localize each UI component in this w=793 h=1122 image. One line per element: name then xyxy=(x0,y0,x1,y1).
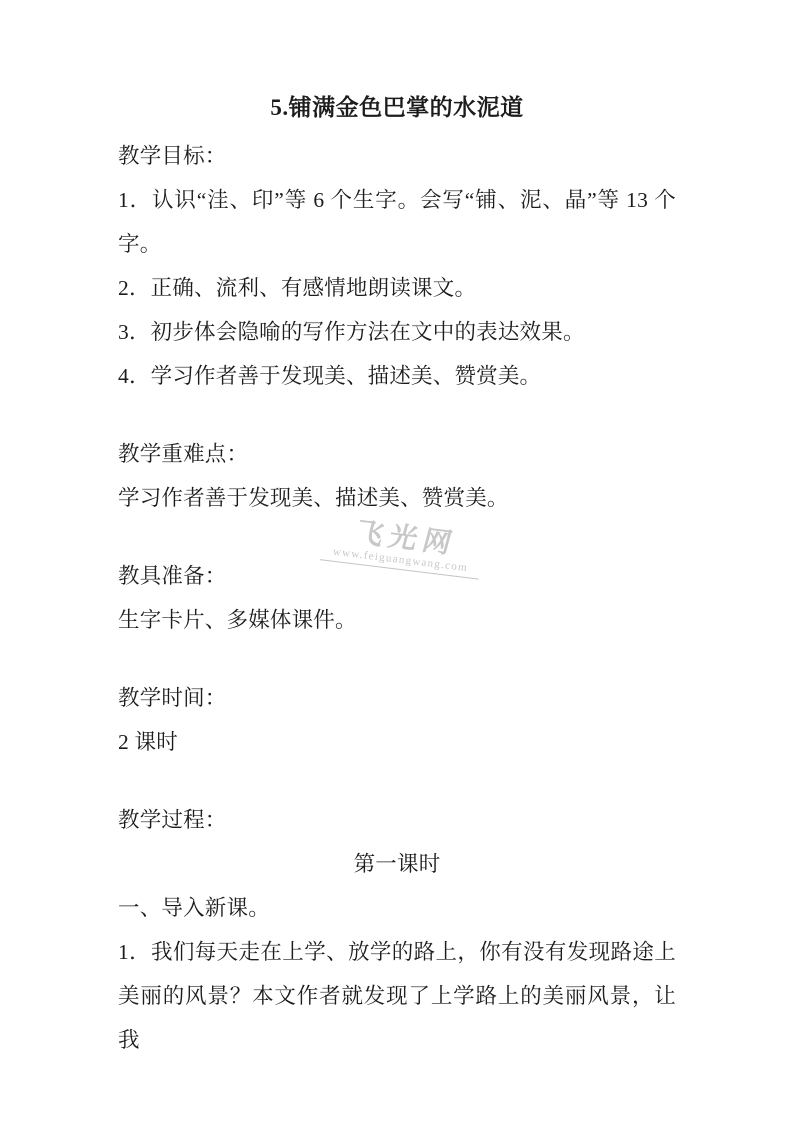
paragraphs: 教学目标：1．认识“洼、印”等 6 个生字。会写“铺、泥、晶”等 13 个字。2… xyxy=(118,134,676,1062)
paragraph: 4．学习作者善于发现美、描述美、赞赏美。 xyxy=(118,354,676,398)
paragraph: 1．认识“洼、印”等 6 个生字。会写“铺、泥、晶”等 13 个字。 xyxy=(118,178,676,266)
paragraph: 2 课时 xyxy=(118,720,676,764)
paragraph: 一、导入新课。 xyxy=(118,886,676,930)
paragraph: 2．正确、流利、有感情地朗读课文。 xyxy=(118,266,676,310)
section-heading: 教学重难点： xyxy=(118,432,676,476)
section-heading: 教具准备： xyxy=(118,554,676,598)
paragraph: 1．我们每天走在上学、放学的路上，你有没有发现路途上美丽的风景？本文作者就发现了… xyxy=(118,930,676,1062)
centered-heading: 第一课时 xyxy=(118,842,676,886)
paragraph: 3．初步体会隐喻的写作方法在文中的表达效果。 xyxy=(118,310,676,354)
document-title: 5.铺满金色巴掌的水泥道 xyxy=(118,90,676,126)
paragraph: 学习作者善于发现美、描述美、赞赏美。 xyxy=(118,476,676,520)
paragraph: 生字卡片、多媒体课件。 xyxy=(118,598,676,642)
document-page: 5.铺满金色巴掌的水泥道 教学目标：1．认识“洼、印”等 6 个生字。会写“铺、… xyxy=(0,0,793,1122)
section-heading: 教学时间： xyxy=(118,676,676,720)
section-heading: 教学目标： xyxy=(118,134,676,178)
section-heading: 教学过程： xyxy=(118,798,676,842)
